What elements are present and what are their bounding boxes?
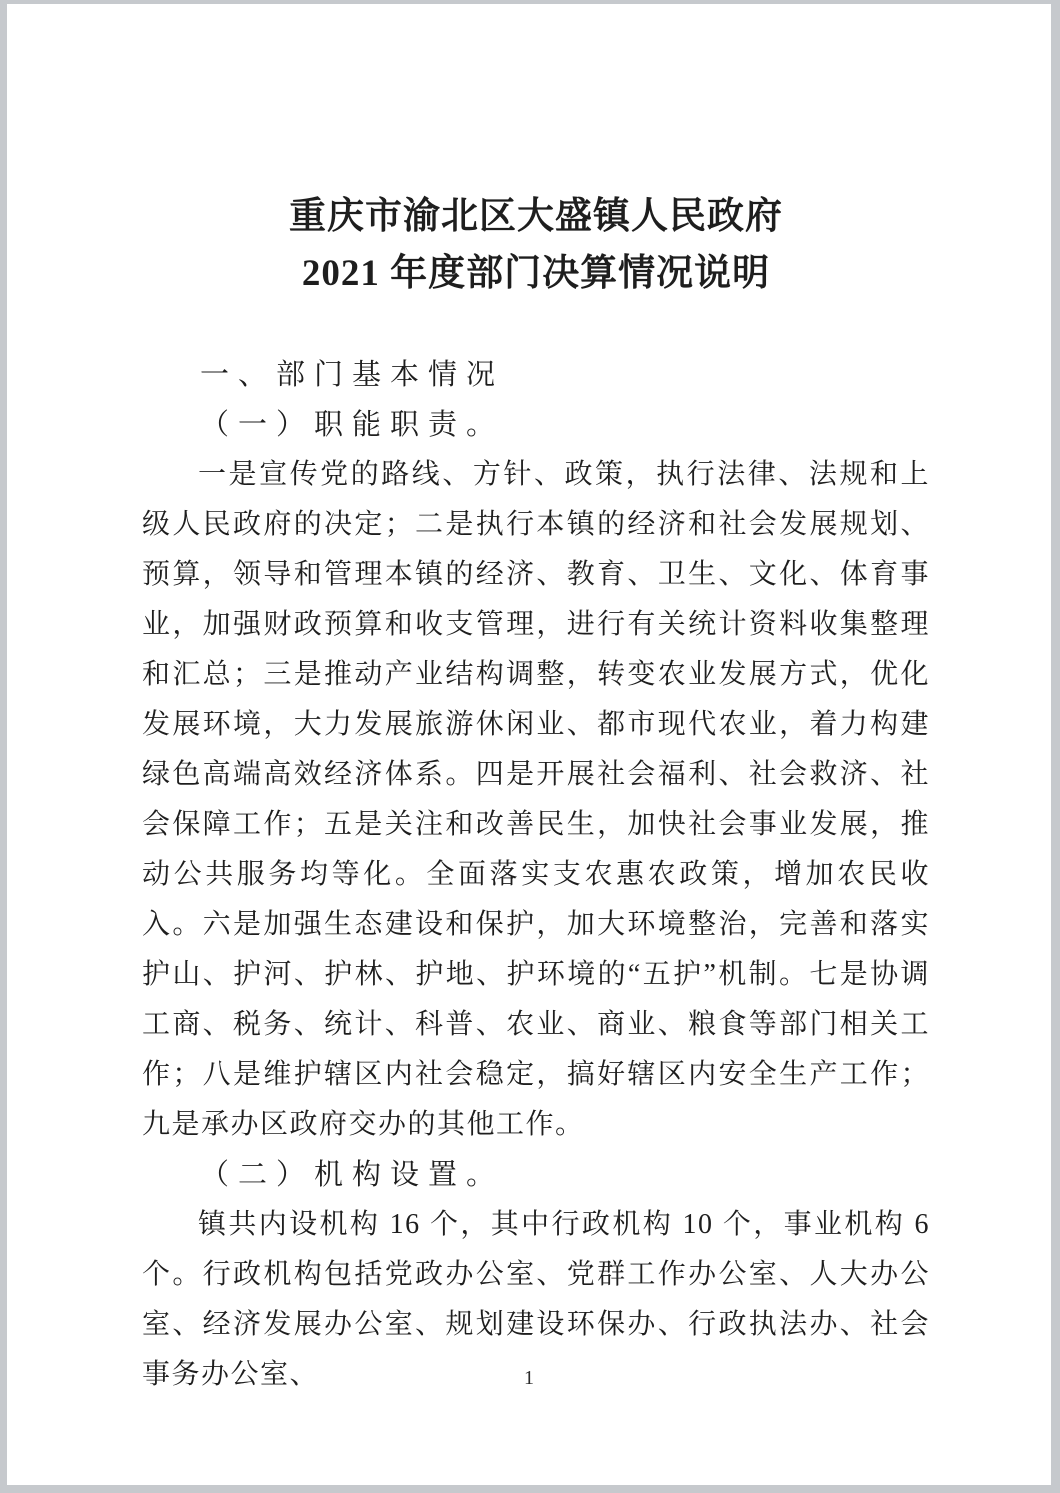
section-heading-1: 一、部门基本情况 (142, 350, 930, 400)
document-page: 重庆市渝北区大盛镇人民政府 2021 年度部门决算情况说明 一、部门基本情况 （… (7, 4, 1051, 1485)
document-title: 重庆市渝北区大盛镇人民政府 2021 年度部门决算情况说明 (142, 4, 930, 302)
app-background: { "colors": { "frame_background": "#c6c9… (0, 0, 1060, 1493)
page-number: 1 (7, 1366, 1051, 1390)
paragraph-duties: 一是宣传党的路线、方针、政策，执行法律、法规和上级人民政府的决定；二是执行本镇的… (142, 450, 930, 1150)
document-title-line-1: 重庆市渝北区大盛镇人民政府 (142, 188, 930, 245)
sub-heading-1: （一）职能职责。 (142, 400, 930, 450)
sub-heading-2: （二）机构设置。 (142, 1150, 930, 1200)
document-content: 重庆市渝北区大盛镇人民政府 2021 年度部门决算情况说明 一、部门基本情况 （… (7, 4, 1051, 1400)
document-title-line-2: 2021 年度部门决算情况说明 (142, 245, 930, 302)
